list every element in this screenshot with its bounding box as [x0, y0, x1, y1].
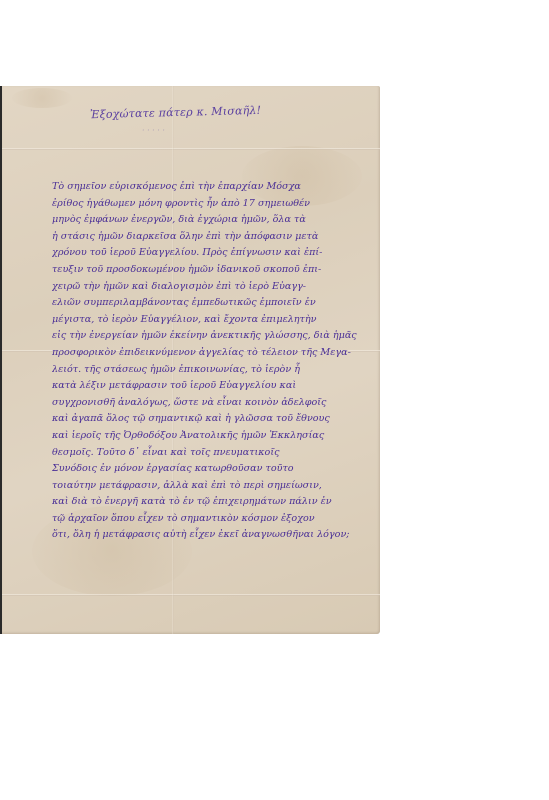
- paper-stain: [12, 88, 72, 108]
- letter-line: θεσμοῖς. Τοῦτο δ᾽ εἶναι καὶ τοῖς πνευματ…: [52, 445, 374, 462]
- letter-line: συγχρονισθῆ ἀναλόγως, ὥστε νὰ εἶναι κοιν…: [52, 395, 374, 412]
- letter-line: καὶ ἀγαπᾶ ὅλος τῷ σημαντικῷ καὶ ἡ γλῶσσα…: [52, 411, 374, 428]
- letter-line: Τὸ σημεῖον εὐρισκόμενος ἐπὶ τὴν ἐπαρχίαν…: [52, 179, 374, 196]
- letter-line: τῷ ἀρχαῖον ὅπου εἶχεν τὸ σημαντικὸν κόσμ…: [52, 511, 374, 528]
- fold-line-horizontal-top: [2, 148, 380, 150]
- letter-line: τοιαύτην μετάφρασιν, ἀλλὰ καὶ ἐπὶ τὸ περ…: [52, 478, 374, 495]
- letter-line: καὶ ἱεροῖς τῆς Ὀρθοδόξου Ἀνατολικῆς ἡμῶν…: [52, 428, 374, 445]
- letter-line: ὅτι, ὅλη ἡ μετάφρασις αὐτὴ εἶχεν ἐκεῖ ἀν…: [52, 527, 374, 544]
- letter-line: Συνόδοις ἐν μόνον ἐργασίας κατωρθοῦσαν τ…: [52, 461, 374, 478]
- letter-line: ελιῶν συμπεριλαμβάνοντας ἐμπεδωτικῶς ἐμπ…: [52, 295, 374, 312]
- letter-line: μέγιστα, τὸ ἱερὸν Εὐαγγέλιον, καὶ ἔχοντα…: [52, 312, 374, 329]
- letter-line: ἡ στάσις ἡμῶν διαρκεῖσα ὅλην ἐπὶ τὴν ἀπό…: [52, 229, 374, 246]
- letter-line: χρόνου τοῦ ἱεροῦ Εὐαγγελίου. Πρὸς ἐπίγνω…: [52, 245, 374, 262]
- letter-line: εἰς τὴν ἐνεργείαν ἡμῶν ἐκείνην ἀνεκτικῆς…: [52, 328, 374, 345]
- letter-salutation: Ἐξοχώτατε πάτερ κ. Μισαῆλ!: [90, 104, 262, 121]
- letter-line: καὶ διὰ τὸ ἐνεργῆ κατὰ τὸ ἐν τῷ ἐπιχειρη…: [52, 494, 374, 511]
- letter-body: Τὸ σημεῖον εὐρισκόμενος ἐπὶ τὴν ἐπαρχίαν…: [52, 179, 374, 544]
- fold-line-horizontal-bottom: [2, 594, 380, 596]
- letter-line: τευξιν τοῦ προσδοκωμένου ἡμῶν ἰδανικοῦ σ…: [52, 262, 374, 279]
- letter-line: ἐρίθος ἠγάθωμεν μόνη φροντὶς ἦν ἀπὸ 17 σ…: [52, 196, 374, 213]
- faint-ink-marks: · · · · ·: [142, 126, 165, 135]
- letter-line: κατὰ λέξιν μετάφρασιν τοῦ ἱεροῦ Εὐαγγελί…: [52, 378, 374, 395]
- letter-line: χειρῶ τὴν ἡμῶν καὶ διαλογισμὸν ἐπὶ τὸ ἱε…: [52, 279, 374, 296]
- letter-page: Ἐξοχώτατε πάτερ κ. Μισαῆλ! · · · · · Τὸ …: [2, 86, 380, 634]
- letter-line: λειότ. τῆς στάσεως ἡμῶν ἐπικοινωνίας, τὸ…: [52, 362, 374, 379]
- letter-line: μηνὸς ἐμφάνων ἐνεργῶν, διὰ ἐγχώρια ἡμῶν,…: [52, 212, 374, 229]
- letter-line: προσφορικὸν ἐπιδεικνύμενον ἀγγελίας τὸ τ…: [52, 345, 374, 362]
